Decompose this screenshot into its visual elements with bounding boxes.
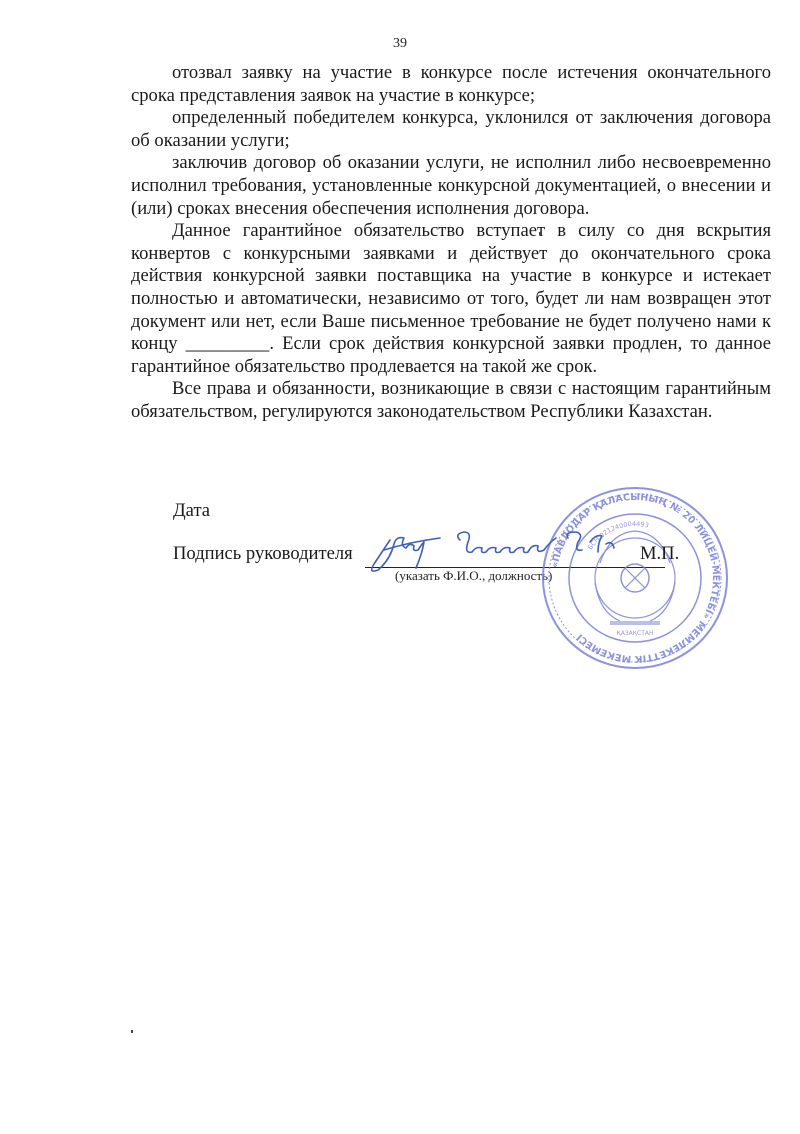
paragraph-2: определенный победителем конкурса, уклон… bbox=[131, 107, 771, 152]
seal-label: М.П. bbox=[640, 543, 679, 565]
svg-text:ҚАЗАҚСТАН: ҚАЗАҚСТАН bbox=[616, 630, 653, 637]
paragraph-1: отозвал заявку на участие в конкурсе пос… bbox=[131, 62, 771, 107]
paragraph-4: Данное гарантийное обязательство вступае… bbox=[131, 220, 771, 378]
scan-speck bbox=[131, 1030, 133, 1033]
handwritten-signature bbox=[360, 520, 660, 585]
document-body: отозвал заявку на участие в конкурсе пос… bbox=[131, 62, 771, 424]
scan-speck bbox=[539, 232, 541, 235]
page-number: 39 bbox=[0, 36, 800, 52]
paragraph-5: Все права и обязанности, возникающие в с… bbox=[131, 378, 771, 423]
signature-label: Подпись руководителя bbox=[173, 543, 353, 565]
signature-scrawl-icon bbox=[360, 520, 660, 580]
paragraph-3: заключив договор об оказании услуги, не … bbox=[131, 152, 771, 220]
date-label: Дата bbox=[173, 500, 210, 522]
